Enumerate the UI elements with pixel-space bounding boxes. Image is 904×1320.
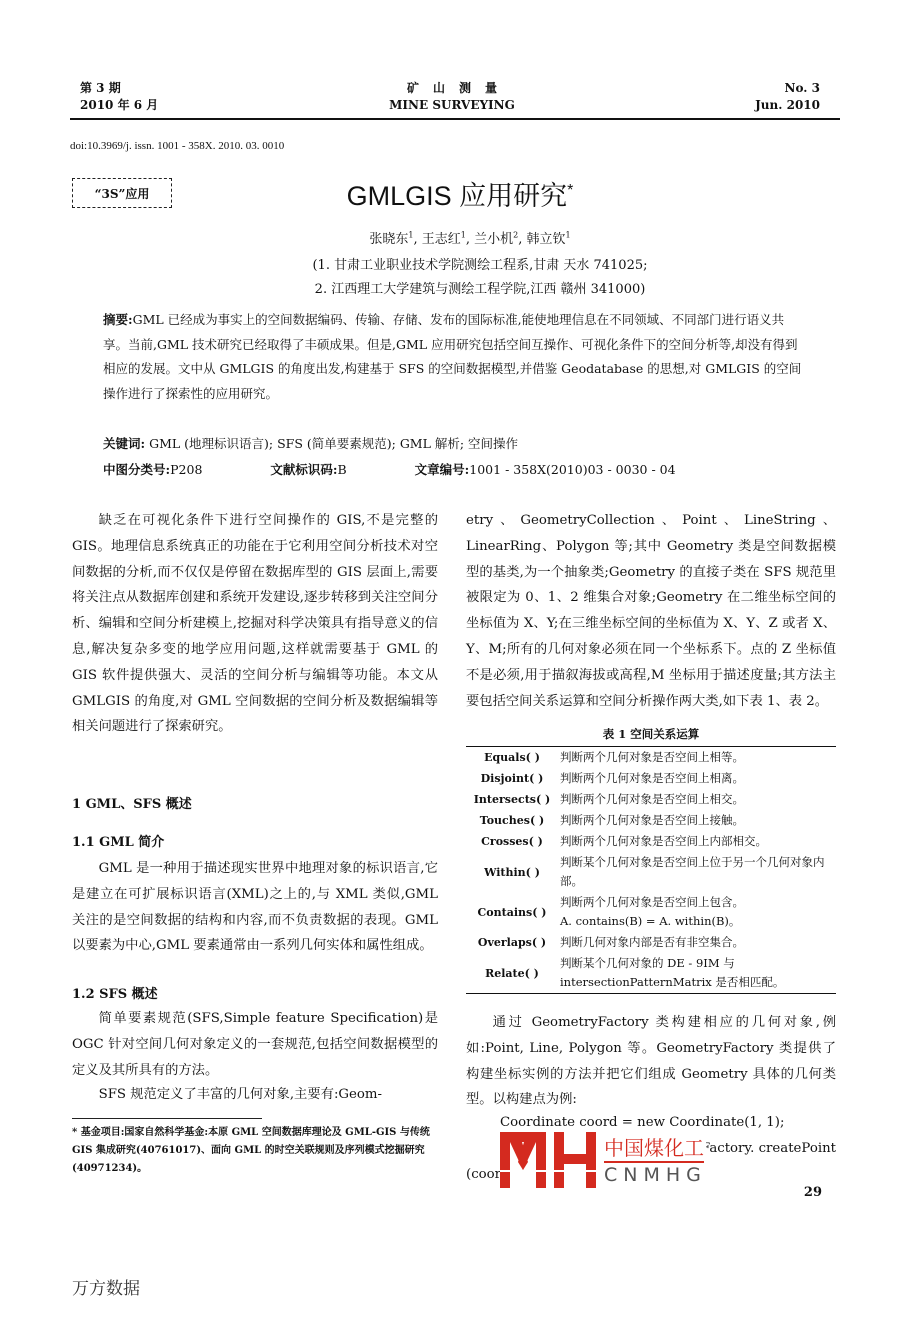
doi: doi:10.3969/j. issn. 1001 - 358X. 2010. … [70, 140, 284, 152]
method-desc: 判断两个几何对象是否空间上包含。A. contains(B) = A. with… [558, 892, 836, 932]
header-date-en: Jun. 2010 [755, 97, 820, 114]
method-name: Touches( ) [466, 810, 558, 831]
method-name: Equals( ) [466, 747, 558, 769]
author-aff: 1 [408, 231, 413, 240]
right-paragraph-a: etry、GeometryCollection、Point、LineString… [466, 508, 836, 714]
section-1-heading: 1 GML、SFS 概述 [72, 792, 438, 818]
method-desc-line: A. contains(B) = A. within(B)。 [560, 912, 834, 931]
article-no-label: 文章编号: [415, 462, 470, 477]
footnote-funding: * 基金项目:国家自然科学基金:本原 GML 空间数据库理论及 GML-GIS … [72, 1124, 438, 1178]
watermark-divider [604, 1161, 704, 1163]
method-name: Overlaps( ) [466, 932, 558, 953]
table-row: Within( )判断某个几何对象是否空间上位于另一个几何对象内部。 [466, 852, 836, 892]
method-desc: 判断某个几何对象是否空间上位于另一个几何对象内部。 [558, 852, 836, 892]
intro-paragraph: 缺乏在可视化条件下进行空间操作的 GIS,不是完整的 GIS。地理信息系统真正的… [72, 508, 438, 740]
author: 张晓东 [369, 232, 408, 247]
section-1-2-paragraph-b: SFS 规范定义了丰富的几何对象,主要有:Geom- [72, 1082, 438, 1108]
watermark-cn: 中国煤化工 [604, 1132, 706, 1161]
table-row: Crosses( )判断两个几何对象是否空间上内部相交。 [466, 831, 836, 852]
header-journal-en: MINE SURVEYING [300, 97, 604, 114]
method-desc: 判断两个几何对象是否空间上内部相交。 [558, 831, 836, 852]
header-issue-en: No. 3 [755, 80, 820, 97]
table-row: Disjoint( )判断两个几何对象是否空间上相离。 [466, 768, 836, 789]
abstract-label: 摘要: [103, 312, 133, 327]
method-name: Relate( ) [466, 953, 558, 994]
author-aff: 2 [513, 231, 518, 240]
watermark-logo: 中国煤化工 CNMHG [500, 1132, 710, 1192]
method-desc: 判断两个几何对象是否空间上相交。 [558, 789, 836, 810]
table-row: Intersects( )判断两个几何对象是否空间上相交。 [466, 789, 836, 810]
right-paragraph-b: 通过 GeometryFactory 类构建相应的几何对象,例如:Point, … [466, 1010, 836, 1113]
section-1-1-paragraph: GML 是一种用于描述现实世界中地理对象的标识语言,它是建立在可扩展标识语言(X… [72, 856, 438, 959]
footnote-rule [72, 1118, 262, 1119]
author: 兰小机 [474, 232, 513, 247]
affiliation-2: 2. 江西理工大学建筑与测绘工程学院,江西 赣州 341000) [200, 278, 760, 297]
section-1-2-paragraph-a: 简单要素规范(SFS,Simple feature Specification)… [72, 1006, 438, 1083]
header-journal-block: 矿山测量 MINE SURVEYING [300, 80, 604, 114]
method-desc: 判断两个几何对象是否空间上接触。 [558, 810, 836, 831]
table-row: Equals( )判断两个几何对象是否空间上相等。 [466, 747, 836, 769]
method-name: Intersects( ) [466, 789, 558, 810]
table-1-caption: 表 1 空间关系运算 [466, 726, 836, 742]
author: 韩立钦 [527, 232, 566, 247]
keywords-text: GML (地理标识语言); SFS (简单要素规范); GML 解析; 空间操作 [149, 436, 518, 451]
source-mark: 万方数据 [72, 1274, 140, 1299]
classification-line: 中图分类号:P208 文献标识码:B 文章编号:1001 - 358X(2010… [103, 460, 808, 478]
author-aff: 1 [461, 231, 466, 240]
method-desc: 判断两个几何对象是否空间上相等。 [558, 747, 836, 769]
doc-code-value: B [338, 462, 347, 477]
header-issue-en-block: No. 3 Jun. 2010 [755, 80, 820, 114]
mh-logo-icon [500, 1132, 596, 1188]
author: 王志红 [422, 232, 461, 247]
affiliation-1: (1. 甘肃工业职业技术学院测绘工程系,甘肃 天水 741025; [200, 254, 760, 273]
watermark-en: CNMHG [604, 1164, 707, 1186]
method-name: Disjoint( ) [466, 768, 558, 789]
table-row: Overlaps( )判断几何对象内部是否有非空集合。 [466, 932, 836, 953]
table-row: Relate( )判断某个几何对象的 DE - 9IM 与 intersecti… [466, 953, 836, 994]
author-aff: 1 [566, 231, 571, 240]
method-name: Crosses( ) [466, 831, 558, 852]
section-1-1-heading: 1.1 GML 简介 [72, 830, 438, 856]
method-desc: 判断某个几何对象的 DE - 9IM 与 intersectionPattern… [558, 953, 836, 994]
article-no-value: 1001 - 358X(2010)03 - 0030 - 04 [469, 462, 675, 477]
paper-title: GMLGIS 应用研究* [300, 174, 620, 213]
method-name: Within( ) [466, 852, 558, 892]
section-1-2-heading: 1.2 SFS 概述 [72, 982, 438, 1008]
abstract-text: GML 已经成为事实上的空间数据编码、传输、存储、发布的国际标准,能使地理信息在… [103, 312, 801, 401]
header-journal-cn: 矿山测量 [300, 80, 604, 97]
doc-code-label: 文献标识码: [270, 462, 337, 477]
header-rule [70, 118, 840, 120]
paper-title-text: GMLGIS 应用研究 [347, 181, 568, 211]
abstract: 摘要:GML 已经成为事实上的空间数据编码、传输、存储、发布的国际标准,能使地理… [103, 308, 808, 406]
clc-label: 中图分类号: [103, 462, 170, 477]
title-footnote-mark: * [567, 182, 573, 199]
code-fragment: Factory. createPoint [701, 1136, 836, 1162]
method-desc-line: 判断两个几何对象是否空间上包含。 [560, 893, 834, 912]
table-row: Contains( )判断两个几何对象是否空间上包含。A. contains(B… [466, 892, 836, 932]
keywords-label: 关键词: [103, 436, 145, 451]
method-name: Contains( ) [466, 892, 558, 932]
method-desc: 判断几何对象内部是否有非空集合。 [558, 932, 836, 953]
header-date-cn: 2010 年 6 月 [80, 97, 158, 114]
method-desc: 判断两个几何对象是否空间上相离。 [558, 768, 836, 789]
column-tag: “3S”应用 [72, 178, 172, 208]
keywords: 关键词: GML (地理标识语言); SFS (简单要素规范); GML 解析;… [103, 434, 808, 452]
header-issue-cn: 第 3 期 [80, 80, 158, 97]
clc-value: P208 [170, 462, 202, 477]
header-issue-block: 第 3 期 2010 年 6 月 [80, 80, 158, 114]
page-number: 29 [804, 1185, 822, 1200]
table-row: Touches( )判断两个几何对象是否空间上接触。 [466, 810, 836, 831]
author-list: 张晓东1, 王志红1, 兰小机2, 韩立钦1 [240, 228, 700, 247]
table-1-spatial-relations: Equals( )判断两个几何对象是否空间上相等。 Disjoint( )判断两… [466, 746, 836, 994]
